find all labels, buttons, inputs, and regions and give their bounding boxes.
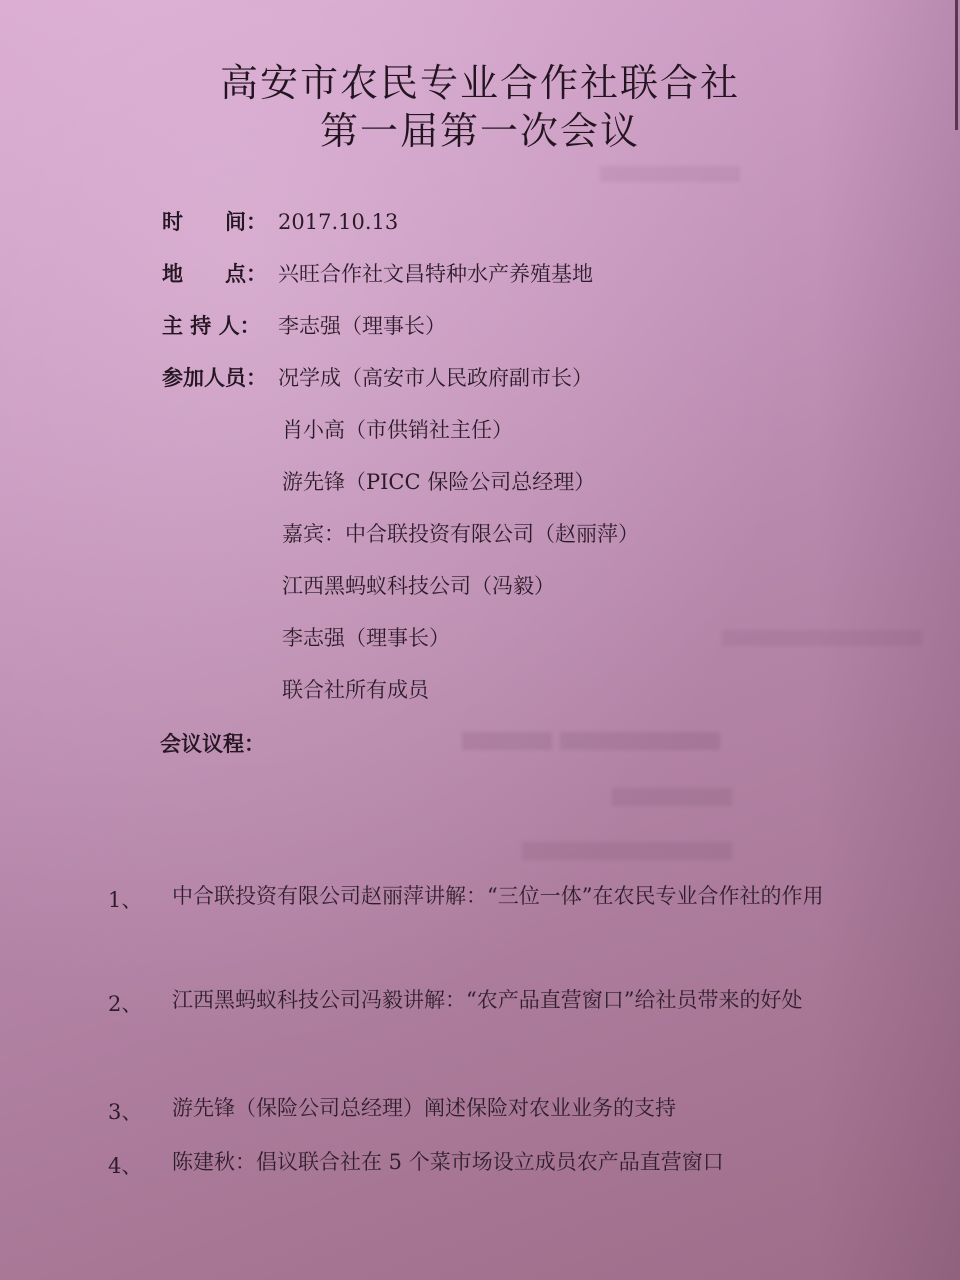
- meta-attendees: 参加人员： 况学成（高安市人民政府副市长）: [162, 362, 593, 392]
- attendee-item: 江西黑蚂蚁科技公司（冯毅）: [282, 570, 555, 600]
- bleed-through-mark: [462, 732, 552, 750]
- meta-location: 地 点： 兴旺合作社文昌特种水产养殖基地: [162, 258, 593, 288]
- bleed-through-mark: [522, 842, 732, 860]
- bleed-through-mark: [600, 166, 740, 182]
- agenda-number: 2、: [108, 988, 142, 1018]
- meta-value: 况学成（高安市人民政府副市长）: [278, 362, 593, 392]
- bleed-through-mark: [560, 732, 720, 750]
- meta-label: 地 点：: [162, 258, 258, 288]
- agenda-number: 3、: [108, 1096, 142, 1126]
- meta-time: 时 间： 2017.10.13: [162, 206, 398, 236]
- attendee-item: 李志强（理事长）: [282, 622, 450, 652]
- bleed-through-mark: [612, 788, 732, 806]
- document-title: 高安市农民专业合作社联合社: [0, 52, 960, 107]
- attendee-item: 联合社所有成员: [282, 674, 429, 704]
- meta-label: 时 间：: [162, 206, 258, 236]
- meta-label: 参加人员：: [162, 362, 258, 392]
- agenda-number: 1、: [108, 884, 142, 914]
- meta-label: 主 持 人：: [162, 310, 258, 340]
- meta-value: 李志强（理事长）: [278, 310, 446, 340]
- agenda-text: 中合联投资有限公司赵丽萍讲解：“三位一体”在农民专业合作社的作用: [172, 870, 837, 922]
- meta-host: 主 持 人： 李志强（理事长）: [162, 310, 446, 340]
- bleed-through-mark: [722, 630, 922, 646]
- attendee-item: 游先锋（PICC 保险公司总经理）: [282, 466, 595, 496]
- document-subtitle: 第一届第一次会议: [0, 100, 960, 155]
- document-page: 高安市农民专业合作社联合社 第一届第一次会议 时 间： 2017.10.13 地…: [0, 0, 960, 1280]
- attendee-item: 嘉宾：中合联投资有限公司（赵丽萍）: [282, 518, 639, 548]
- meta-value: 兴旺合作社文昌特种水产养殖基地: [278, 258, 593, 288]
- attendee-item: 肖小高（市供销社主任）: [282, 414, 513, 444]
- agenda-number: 4、: [108, 1150, 142, 1180]
- agenda-text: 游先锋（保险公司总经理）阐述保险对农业业务的支持: [172, 1082, 837, 1134]
- agenda-text: 陈建秋：倡议联合社在 5 个菜市场设立成员农产品直营窗口: [172, 1136, 837, 1188]
- agenda-text: 江西黑蚂蚁科技公司冯毅讲解：“农产品直营窗口”给社员带来的好处: [172, 974, 837, 1026]
- agenda-heading: 会议议程：: [160, 728, 265, 758]
- meta-value: 2017.10.13: [278, 210, 398, 234]
